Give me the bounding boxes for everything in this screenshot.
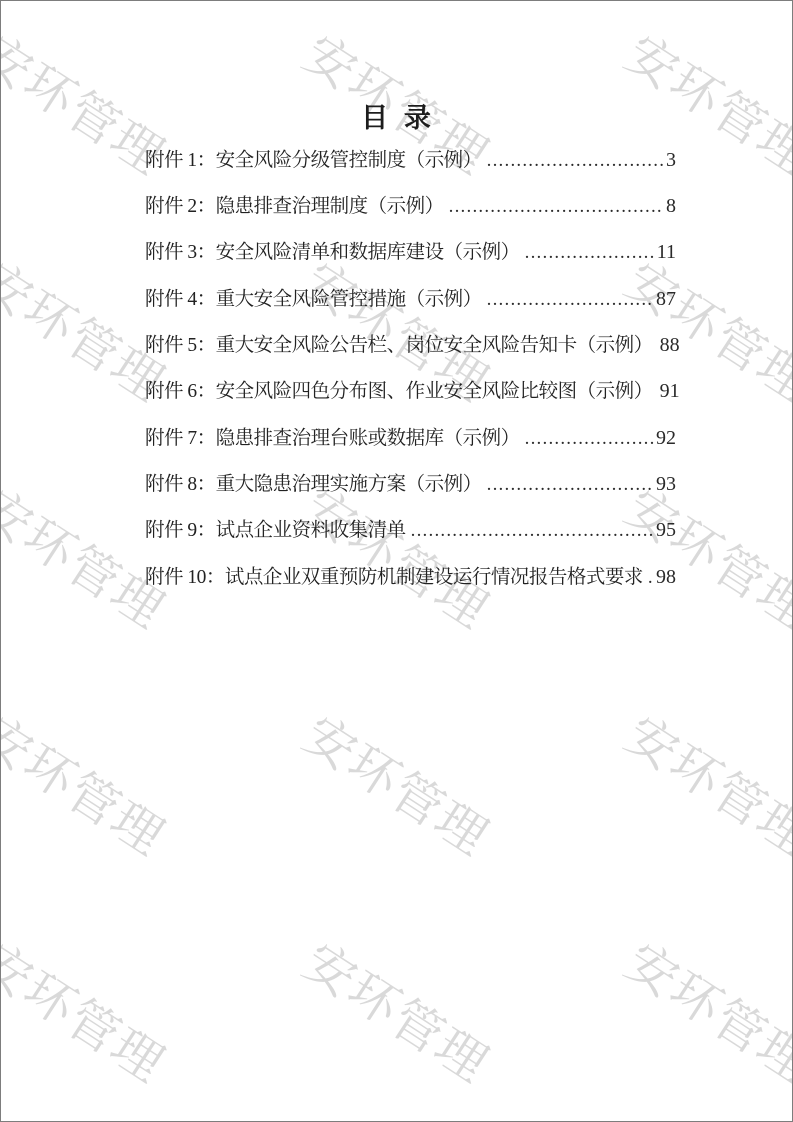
toc-entry-text: 附件 1：安全风险分级管控制度（示例） — [145, 150, 487, 171]
toc-entry[interactable]: 附件 6：安全风险四色分布图、作业安全风险比较图（示例）91 — [145, 376, 676, 422]
toc-entry[interactable]: 附件 3：安全风险清单和数据库建设（示例）11 — [145, 237, 676, 283]
toc-entry-text: 附件 5：重大安全风险公告栏、岗位安全风险告知卡（示例） — [145, 335, 658, 356]
toc-entry-text: 附件 9：试点企业资料收集清单 — [145, 520, 411, 541]
toc-entry-text: 附件 6：安全风险四色分布图、作业安全风险比较图（示例） — [145, 381, 658, 402]
toc-page-number: 92 — [654, 428, 676, 449]
toc-entry-text: 附件 8：重大隐患治理实施方案（示例） — [145, 474, 487, 495]
toc-entry-text: 附件 10：试点企业双重预防机制建设运行情况报告格式要求 — [145, 567, 648, 588]
toc-entry[interactable]: 附件 7：隐患排查治理台账或数据库（示例）92 — [145, 422, 676, 468]
toc-page-number: 93 — [654, 474, 676, 495]
toc-page-number: 87 — [654, 289, 676, 310]
toc-entry[interactable]: 附件 9：试点企业资料收集清单95 — [145, 515, 676, 561]
toc-entry-text: 附件 4：重大安全风险管控措施（示例） — [145, 289, 487, 310]
toc-page-number: 11 — [655, 242, 676, 263]
page-title: 目 录 — [1, 102, 792, 134]
toc-page-number: 95 — [654, 520, 676, 541]
toc-page-number: 91 — [658, 381, 680, 402]
toc-entry[interactable]: 附件 10：试点企业双重预防机制建设运行情况报告格式要求98 — [145, 561, 676, 607]
toc-entry-text: 附件 3：安全风险清单和数据库建设（示例） — [145, 242, 525, 263]
document-page: 安环管理安环管理安环管理安环管理安环管理安环管理安环管理安环管理安环管理安环管理… — [0, 0, 793, 1122]
toc-page-number: 88 — [658, 335, 680, 356]
toc-leader-dots — [449, 196, 664, 218]
toc-entry[interactable]: 附件 1：安全风险分级管控制度（示例）3 — [145, 144, 676, 190]
toc-leader-dots — [487, 289, 654, 311]
toc-entry[interactable]: 附件 2：隐患排查治理制度（示例）8 — [145, 190, 676, 236]
toc-leader-dots — [487, 474, 654, 496]
toc-leader-dots — [525, 242, 655, 264]
toc-entry[interactable]: 附件 5：重大安全风险公告栏、岗位安全风险告知卡（示例）88 — [145, 329, 676, 375]
toc-page-number: 3 — [664, 150, 676, 171]
toc-leader-dots — [411, 520, 654, 542]
toc-page-number: 98 — [654, 567, 676, 588]
toc-entry[interactable]: 附件 8：重大隐患治理实施方案（示例）93 — [145, 468, 676, 514]
toc-page-number: 8 — [664, 196, 676, 217]
toc-leader-dots — [525, 428, 654, 450]
page-content: 目 录 附件 1：安全风险分级管控制度（示例）3附件 2：隐患排查治理制度（示例… — [1, 1, 792, 1121]
table-of-contents: 附件 1：安全风险分级管控制度（示例）3附件 2：隐患排查治理制度（示例）8附件… — [145, 144, 676, 607]
toc-entry-text: 附件 2：隐患排查治理制度（示例） — [145, 196, 449, 217]
toc-entry-text: 附件 7：隐患排查治理台账或数据库（示例） — [145, 428, 525, 449]
toc-entry[interactable]: 附件 4：重大安全风险管控措施（示例）87 — [145, 283, 676, 329]
toc-leader-dots — [487, 150, 664, 172]
